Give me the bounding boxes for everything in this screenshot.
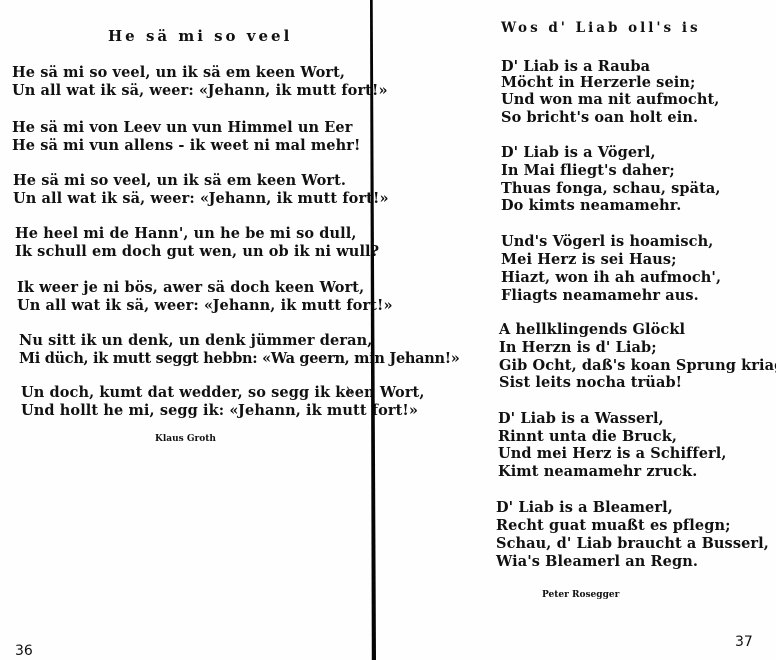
- page-number: 37: [735, 634, 753, 650]
- poem-title: He sä mi so veel: [108, 27, 292, 45]
- verse-line: He sä mi so veel, un ik sä em keen Wort.: [13, 172, 346, 190]
- verse-line: In Herzn is d' Liab;: [499, 339, 657, 357]
- verse-line: Un all wat ik sä, weer: «Jehann, ik mutt…: [12, 82, 388, 100]
- verse-line: D' Liab is a Vögerl,: [501, 144, 656, 162]
- verse-line: D' Liab is a Bleamerl,: [496, 499, 673, 517]
- verse-line: Un all wat ik sä, weer: «Jehann, ik mutt…: [13, 190, 389, 208]
- verse-line: Und hollt he mi, segg ik: «Jehann, ik mu…: [21, 402, 418, 420]
- verse-line: Ik schull em doch gut wen, un ob ik ni w…: [15, 243, 379, 261]
- verse-line: Recht guat muaßt es pflegn;: [496, 517, 731, 535]
- verse-line: Kimt neamamehr zruck.: [498, 463, 697, 481]
- verse-line: Un doch, kumt dat wedder, so segg ik kee…: [21, 384, 425, 402]
- verse-line: Und mei Herz is a Schifferl,: [498, 445, 727, 463]
- verse-line: He sä mi vun allens - ik weet ni mal meh…: [12, 137, 360, 155]
- verse-line: Hiazt, won ih ah aufmoch',: [501, 269, 721, 287]
- verse-line: Sist leits nocha trüab!: [499, 374, 682, 392]
- verse-line: Fliagts neamamehr aus.: [501, 287, 699, 305]
- verse-line: Gib Ocht, daß's koan Sprung kriagt,: [499, 357, 776, 375]
- verse-line: A hellklingends Glöckl: [499, 321, 685, 339]
- verse-line: Und's Vögerl is hoamisch,: [501, 233, 713, 251]
- page-number: 36: [15, 643, 33, 659]
- poem-title: Wos d' Liab oll's is: [501, 20, 701, 36]
- right-page: Wos d' Liab oll's is D' Liab is a Rauba …: [378, 0, 776, 660]
- verse-line: Mei Herz is sei Haus;: [501, 251, 677, 269]
- verse-line: Thuas fonga, schau, späta,: [501, 180, 721, 198]
- verse-line: Ik weer je ni bös, awer sä doch keen Wor…: [17, 279, 364, 297]
- verse-line: Rinnt unta die Bruck,: [498, 428, 677, 446]
- verse-line: He heel mi de Hann', un he be mi so dull…: [15, 225, 357, 243]
- author-credit: Klaus Groth: [155, 434, 216, 444]
- verse-line: D' Liab is a Wasserl,: [498, 410, 664, 428]
- verse-line: Un all wat ik sä, weer: «Jehann, ik mutt…: [17, 297, 393, 315]
- author-credit: Peter Rosegger: [542, 590, 619, 600]
- verse-line: Wia's Bleamerl an Regn.: [496, 553, 698, 571]
- verse-line: He sä mi so veel, un ik sä em keen Wort,: [12, 64, 345, 82]
- verse-line: In Mai fliegt's daher;: [501, 162, 675, 180]
- left-page: He sä mi so veel He sä mi so veel, un ik…: [0, 0, 368, 660]
- verse-line: Schau, d' Liab braucht a Busserl,: [496, 535, 769, 553]
- verse-line: Nu sitt ik un denk, un denk jümmer deran…: [19, 332, 372, 350]
- verse-line: Möcht in Herzerle sein;: [501, 74, 695, 92]
- verse-line: Do kimts neamamehr.: [501, 197, 681, 215]
- verse-line: He sä mi von Leev un vun Himmel un Eer: [12, 119, 353, 137]
- verse-line: So bricht's oan holt ein.: [501, 109, 698, 127]
- verse-line: Und won ma nit aufmocht,: [501, 91, 719, 109]
